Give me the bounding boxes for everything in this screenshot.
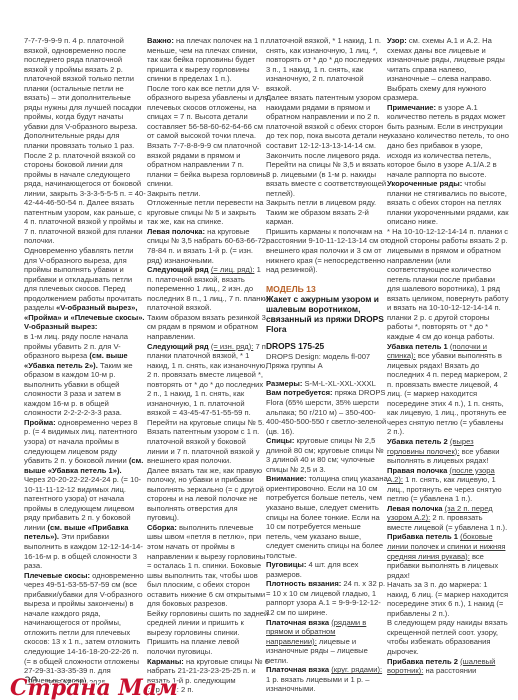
needles: Спицы: круговые спицы № 2,5 длиной 80 см… [266,436,388,474]
paragraph: Таким же образом вязать 2-й карман. [266,208,388,227]
paragraph-next-row: Следующий ряд (= лиц. ряд): 1 п. платочн… [147,265,269,313]
model-title: Жакет с ажурным узором и шалевым воротни… [266,294,388,334]
paragraph: Таким образом вязать резинкой 3 см рядам… [147,313,269,342]
pattern-code: DROPS 175-25 [266,342,388,352]
paragraph: Пришить карманы к полочкам на расстоянии… [266,227,388,275]
increase-1: Прибавка петель 1 (боковые линии полочек… [387,532,509,580]
paragraph: * На 10-10-12-12-14-14 п. планки с одной… [387,227,509,342]
paragraph-next-row: Следующий ряд (= изн. ряд): 7 п. планки … [147,342,269,418]
design-credit: DROPS Design: модель fl-007 [266,352,388,362]
garter-rows: Платочная вязка (рядами в прямом и обрат… [266,618,388,666]
paragraph-assembly: Сборка: выполнить плечевые швы швом «пет… [147,523,269,609]
paragraph: платочной вязкой, * 1 накид, 1 п. снять,… [266,36,388,93]
yarn-group: Пряжа группы А [266,361,388,371]
paragraph: Далее вязать патентным узором с накидами… [266,93,388,160]
paragraph: 7-7-7-9-9-9 п. 4 р. платочной вязкой, од… [24,36,146,151]
column-2: Важно: на плечах полочек на 1 п. меньше,… [147,36,269,695]
paragraph: Начать за 3 п. до маркера: 1 накид, 6 ли… [387,580,509,618]
paragraph: Бейку горловины сшить по задней средней … [147,609,269,638]
paragraph: Далее вязать так же, как правую полочку,… [147,466,269,523]
right-front: Правая полочка (после узора A.2): 1 п. с… [387,466,509,504]
paragraph-shoulders: Плечевые скосы: одновременно через 49-51… [24,571,146,686]
model-number: МОДЕЛЬ 13 [266,285,388,295]
column-1: 7-7-7-9-9-9 п. 4 р. платочной вязкой, од… [24,36,146,685]
paragraph-left-front: Левая полочка: на круговые спицы № 3,5 н… [147,227,269,265]
paragraph: Отложенные петли перевести на круговые с… [147,198,269,227]
paragraph-important: Важно: на плечах полочек на 1 п. меньше,… [147,36,269,84]
paragraph: В следующем ряду накиды вязать скрещенно… [387,618,509,656]
paragraph: Перейти на спицы № 3,5 и вязать 3 р. лиц… [266,160,388,198]
remark: Примечание: в узоре A.1 количество петел… [387,103,509,179]
decrease-1: Убавка петель 1 (полочки и спинка): все … [387,342,509,437]
decrease-2: Убавка петель 2 (вырез горловины полочек… [387,437,509,466]
left-front: Левая полочка (за 2 п. перед узором A.2)… [387,504,509,533]
paragraph: После того как все петли для V-образного… [147,84,269,141]
watermark-logo: Страна Мам [10,675,178,700]
section-heading-v-neck: V-образный вырез: [24,322,146,332]
paragraph: Через 20-20-22-22-24-24 р. (= 10-10-11-1… [24,475,146,570]
sizes: Размеры: S-M-L-XL-XXL-XXXL [266,379,388,389]
column-3: платочной вязкой, * 1 накид, 1 п. снять,… [266,36,388,694]
paragraph: Закрыть петли в лицевом ряду. [266,198,388,208]
gauge: Плотность вязания: 24 п. x 32 р. = 10 x … [266,579,388,617]
pattern-note: Узор: см. схемы A.1 и A.2. На схемах дан… [387,36,509,103]
buttons-info: Пуговицы: 4 шт. для всех размеров. [266,560,388,579]
materials: Вам потребуется: пряжа DROPS Flora (65% … [266,388,388,436]
column-4: Узор: см. схемы A.1 и A.2. На схемах дан… [387,36,509,676]
paragraph: в 1-м лиц. ряду после начала проймы убав… [24,332,146,418]
increase-2: Прибавка петель 2 (шалевый воротник): на… [387,657,509,676]
short-rows: Укороченные ряды: чтобы планки не стягив… [387,179,509,227]
paragraph-armhole: Пройма: одновременно через 8 р. (= 4 вид… [24,418,146,475]
paragraph: Закрыть петли. [147,189,269,199]
garter-rounds: Платочная вязка (круг. рядами): 1 р. вяз… [266,665,388,694]
paragraph: После 2 р. платочной вязкой со стороны б… [24,151,146,246]
attention-note: Внимание: толщина спиц указана ориентиро… [266,474,388,560]
paragraph: Вязать 7-7-8-8-9-9 см платочной вязкой р… [147,141,269,189]
paragraph: Перейти на круговые спицы № 5. Вязать па… [147,418,269,466]
paragraph: Одновременно убавлять петли для V-образн… [24,246,146,322]
paragraph: Пришить на планке левой полочки пуговицы… [147,637,269,656]
